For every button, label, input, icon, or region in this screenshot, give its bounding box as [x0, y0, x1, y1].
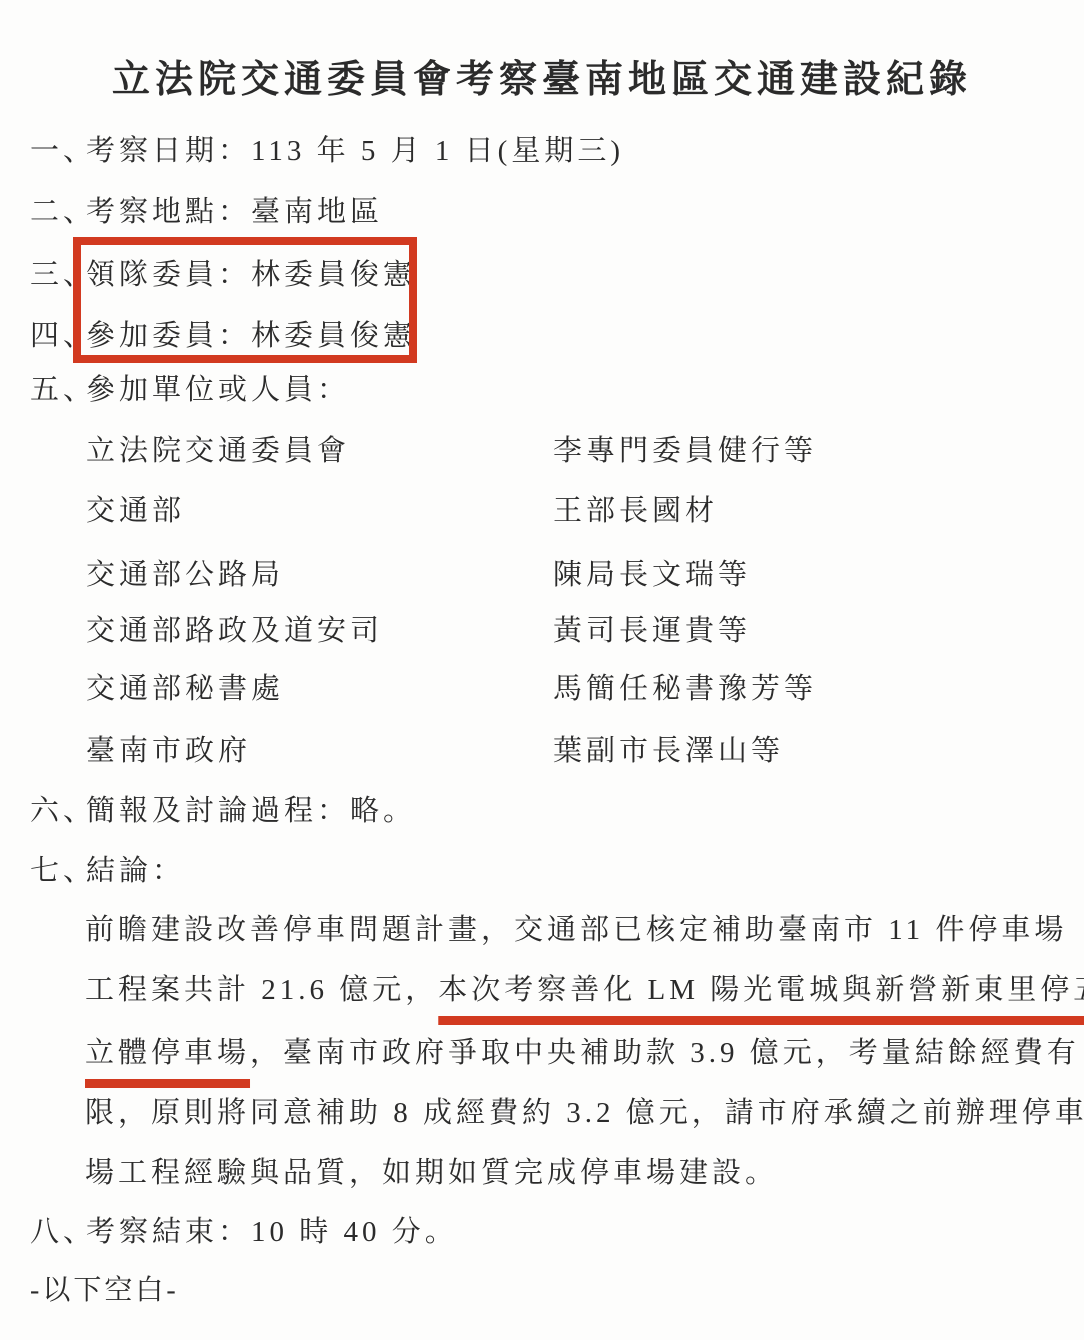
participant-unit: 交通部 [86, 497, 185, 526]
red-highlight-box-annotation [73, 237, 417, 363]
item-text: 考察日期：113 年 5 月 1 日(星期三) [86, 137, 624, 166]
participant-person: 陳局長文瑞等 [553, 561, 751, 590]
participant-unit: 交通部公路局 [86, 561, 284, 590]
item-text: 簡報及討論過程：略。 [86, 797, 416, 826]
conclusion-paragraph-line: 工程案共計 21.6 億元，本次考察善化 LM 陽光電城與新營新東里停五 [85, 976, 1084, 1005]
conclusion-paragraph-line: 限，原則將同意補助 8 成經費約 3.2 億元，請市府承續之前辦理停車 [85, 1099, 1084, 1128]
item-text: 考察結束：10 時 40 分。 [86, 1218, 458, 1247]
item-text: 參加單位或人員： [86, 376, 350, 405]
conclusion-paragraph-line: 前瞻建設改善停車問題計畫，交通部已核定補助臺南市 11 件停車場 [85, 916, 1067, 945]
conclusion-text: 限，原則將同意補助 8 成經費約 3.2 億元，請市府承續之前辦理停車 [85, 1097, 1084, 1129]
participant-unit: 立法院交通委員會 [86, 437, 350, 466]
conclusion-text: 場工程經驗與品質，如期如質完成停車場建設。 [85, 1157, 778, 1189]
participant-person: 葉副市長澤山等 [553, 737, 784, 766]
participant-unit: 交通部路政及道安司 [86, 617, 383, 646]
participant-unit: 交通部秘書處 [86, 675, 284, 704]
participant-person: 李專門委員健行等 [553, 437, 817, 466]
item-text: 考察地點：臺南地區 [86, 198, 383, 227]
blank-below-marker: -以下空白- [30, 1277, 179, 1305]
conclusion-text: 工程案共計 21.6 億元， [85, 974, 438, 1006]
conclusion-text-red-underlined: 立體停車場 [85, 1037, 250, 1069]
conclusion-text: ，臺南市政府爭取中央補助款 3.9 億元，考量結餘經費有 [250, 1037, 1080, 1069]
document-page: 立法院交通委員會考察臺南地區交通建設紀錄 一、 考察日期：113 年 5 月 1… [0, 0, 1084, 1340]
document-title: 立法院交通委員會考察臺南地區交通建設紀錄 [0, 48, 1084, 103]
conclusion-text: 前瞻建設改善停車問題計畫，交通部已核定補助臺南市 11 件停車場 [85, 914, 1067, 946]
conclusion-paragraph-line: 立體停車場，臺南市政府爭取中央補助款 3.9 億元，考量結餘經費有 [85, 1039, 1080, 1068]
participant-person: 黃司長運貴等 [553, 617, 751, 646]
participant-unit: 臺南市政府 [86, 737, 251, 766]
conclusion-text-red-underlined: 本次考察善化 LM 陽光電城與新營新東里停五 [438, 974, 1084, 1006]
participant-person: 王部長國材 [553, 497, 718, 526]
item-text: 結論： [86, 857, 185, 886]
conclusion-paragraph-line: 場工程經驗與品質，如期如質完成停車場建設。 [85, 1159, 778, 1188]
participant-person: 馬簡任秘書豫芳等 [553, 675, 817, 704]
